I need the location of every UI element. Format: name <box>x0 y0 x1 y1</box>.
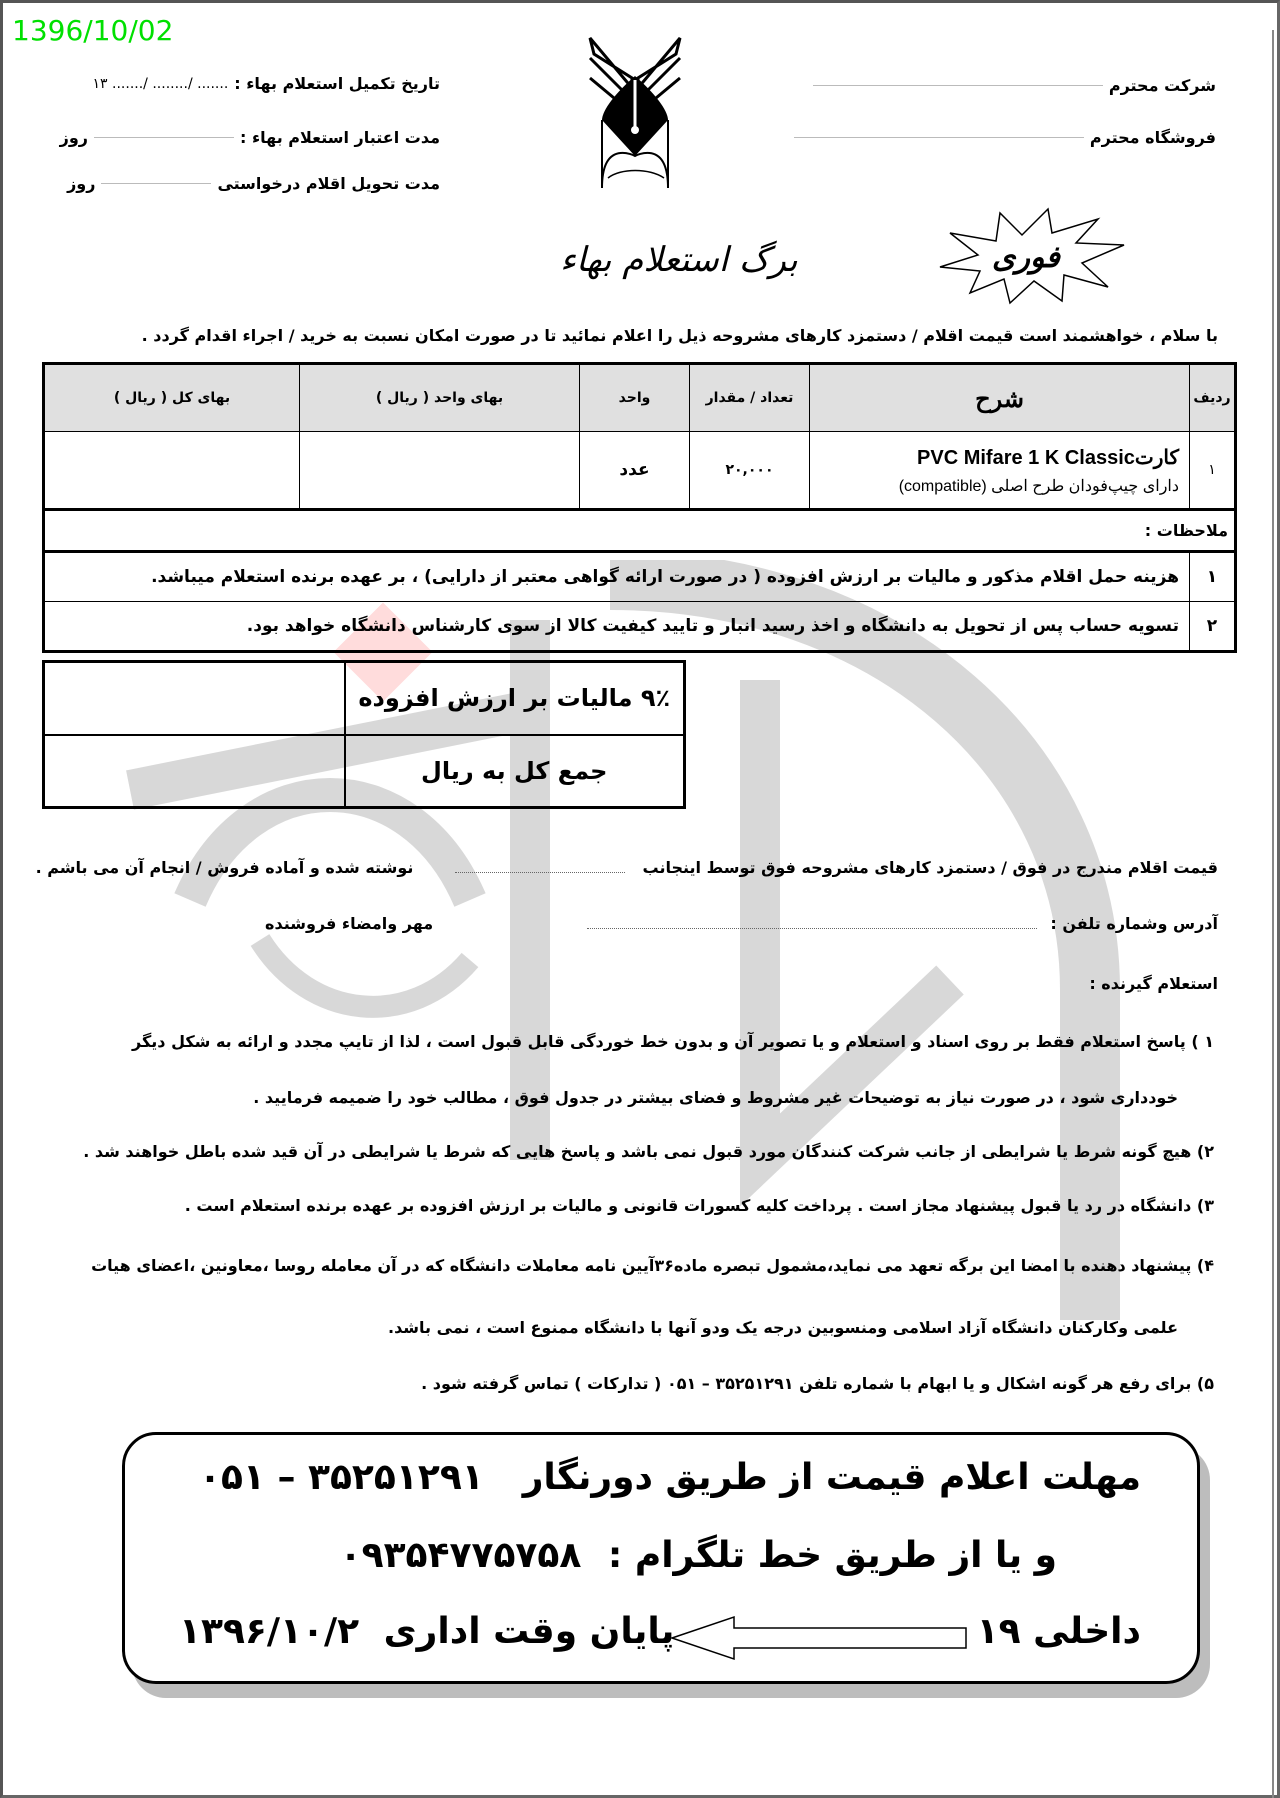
description-line1: کارتPVC Mifare 1 K Classic <box>810 445 1179 470</box>
delivery-suffix: روز <box>67 174 95 193</box>
row-unit-price[interactable] <box>300 432 580 510</box>
validity-line <box>94 137 234 138</box>
col-unit-price: بهای واحد ( ریال ) <box>300 364 580 432</box>
urgent-badge: فوری <box>992 240 1060 275</box>
table-row: ۱ کارتPVC Mifare 1 K Classic دارای چیپ‌ف… <box>44 432 1236 510</box>
notes-label: ملاحظات : <box>44 510 1236 552</box>
totals-table: ۹٪ مالیات بر ارزش افزوده جمع کل به ریال <box>42 660 686 809</box>
form-title: برگ استعلام بهاء <box>560 240 798 280</box>
notes-header-row: ملاحظات : <box>44 510 1236 552</box>
row-total-price[interactable] <box>44 432 300 510</box>
company-field: شرکت محترم <box>813 76 1216 95</box>
vat-value[interactable] <box>44 662 345 735</box>
grand-total-value[interactable] <box>44 735 345 808</box>
row-description: کارتPVC Mifare 1 K Classic دارای چیپ‌فود… <box>810 432 1190 510</box>
vat-row: ۹٪ مالیات بر ارزش افزوده <box>44 662 685 735</box>
col-quantity: تعداد / مقدار <box>690 364 810 432</box>
note-text: هزینه حمل اقلام مذکور و مالیات بر ارزش ا… <box>44 552 1190 602</box>
col-unit: واحد <box>580 364 690 432</box>
grand-total-label: جمع کل به ریال <box>345 735 685 808</box>
validity-field: مدت اعتبار استعلام بهاء : روز <box>60 128 440 147</box>
intro-text: با سلام ، خواهشمند است قیمت اقلام / دستم… <box>142 326 1218 345</box>
row-number: ۱ <box>1190 432 1236 510</box>
store-line <box>794 137 1084 138</box>
condition-2: ۲) هیچ گونه شرط یا شرایطی از جانب شرکت ک… <box>83 1142 1214 1161</box>
deadline-callout: مهلت اعلام قیمت از طریق دورنگار ۰۵۱ – ۳۵… <box>122 1432 1200 1684</box>
telegram-number: ۰۹۳۵۴۷۷۵۷۵۸ <box>340 1535 582 1576</box>
col-description: شرح <box>810 364 1190 432</box>
company-line <box>813 85 1103 86</box>
page-edge <box>1272 30 1274 1798</box>
deadline-date: ۱۳۹۶/۱۰/۲ <box>179 1611 359 1652</box>
condition-1b: خودداری شود ، در صورت نیاز به توضیحات غی… <box>253 1088 1178 1107</box>
seller-name-dots[interactable] <box>455 861 625 873</box>
col-row: ردیف <box>1190 364 1236 432</box>
condition-4a: ۴) پیشنهاد دهنده با امضا این برگه تعهد م… <box>91 1256 1214 1275</box>
note-number: ۲ <box>1190 602 1236 652</box>
note-number: ۱ <box>1190 552 1236 602</box>
condition-3: ۳) دانشگاه در رد یا قبول پیشنهاد مجاز اس… <box>185 1196 1214 1215</box>
row-quantity: ۲۰,۰۰۰ <box>690 432 810 510</box>
store-field: فروشگاه محترم <box>794 128 1216 147</box>
company-label: شرکت محترم <box>1109 76 1216 95</box>
address-label: آدرس وشماره تلفن : <box>1050 914 1218 933</box>
telegram-row: و یا از طریق خط تلگرام : ۰۹۳۵۴۷۷۵۷۵۸ <box>340 1535 1057 1576</box>
completion-date-label: تاریخ تکمیل استعلام بهاء : <box>234 74 440 93</box>
row-unit: عدد <box>580 432 690 510</box>
seller-statement-part1: قیمت اقلام مندرج در فوق / دستمزد کارهای … <box>643 858 1218 877</box>
description-line2: دارای چیپ‌فودان طرح اصلی (compatible) <box>810 476 1179 496</box>
deadline-label: پایان وقت اداری <box>384 1611 675 1652</box>
address-row: آدرس وشماره تلفن : مهر وامضاء فروشنده <box>265 914 1218 933</box>
condition-1a: ۱ ) پاسخ استعلام فقط بر روی اسناد و استع… <box>132 1032 1214 1051</box>
fax-number: ۰۵۱ – ۳۵۲۵۱۲۹۱ <box>199 1457 484 1498</box>
telegram-label: و یا از طریق خط تلگرام : <box>608 1535 1057 1576</box>
condition-5: ۵) برای رفع هر گونه اشکال و یا ابهام با … <box>421 1374 1214 1393</box>
university-logo-icon <box>580 28 690 208</box>
inquirer-label: استعلام گیرنده : <box>1089 974 1218 993</box>
store-label: فروشگاه محترم <box>1090 128 1216 147</box>
seller-statement-part2: نوشته شده و آماده فروش / انجام آن می باش… <box>36 858 414 877</box>
vat-label: ۹٪ مالیات بر ارزش افزوده <box>345 662 685 735</box>
note-row: ۲ تسویه حساب پس از تحویل به دانشگاه و اخ… <box>44 602 1236 652</box>
arrow-left-icon <box>670 1615 970 1661</box>
fax-label: مهلت اعلام قیمت از طریق دورنگار <box>523 1457 1141 1498</box>
address-dots[interactable] <box>587 917 1037 929</box>
items-table: ردیف شرح تعداد / مقدار واحد بهای واحد ( … <box>42 362 1237 653</box>
col-total-price: بهای کل ( ریال ) <box>44 364 300 432</box>
seller-statement: قیمت اقلام مندرج در فوق / دستمزد کارهای … <box>36 858 1218 877</box>
table-header-row: ردیف شرح تعداد / مقدار واحد بهای واحد ( … <box>44 364 1236 432</box>
extension: داخلی ۱۹ <box>977 1611 1141 1652</box>
condition-4b: علمی وکارکنان دانشگاه آزاد اسلامی ومنسوب… <box>388 1318 1178 1337</box>
deadline-row: پایان وقت اداری ۱۳۹۶/۱۰/۲ <box>179 1611 674 1652</box>
delivery-line <box>101 183 211 184</box>
note-text: تسویه حساب پس از تحویل به دانشگاه و اخذ … <box>44 602 1190 652</box>
completion-date-value: ....... /........ /....... ۱۳ <box>93 76 229 92</box>
signature-label: مهر وامضاء فروشنده <box>265 914 433 933</box>
validity-suffix: روز <box>60 128 88 147</box>
stamp-date: 1396/10/02 <box>12 14 173 47</box>
note-row: ۱ هزینه حمل اقلام مذکور و مالیات بر ارزش… <box>44 552 1236 602</box>
delivery-field: مدت تحویل اقلام درخواستی روز <box>67 174 440 193</box>
validity-label: مدت اعتبار استعلام بهاء : <box>240 128 440 147</box>
delivery-label: مدت تحویل اقلام درخواستی <box>217 174 440 193</box>
completion-date-field: تاریخ تکمیل استعلام بهاء : ....... /....… <box>93 74 440 93</box>
grand-total-row: جمع کل به ریال <box>44 735 685 808</box>
